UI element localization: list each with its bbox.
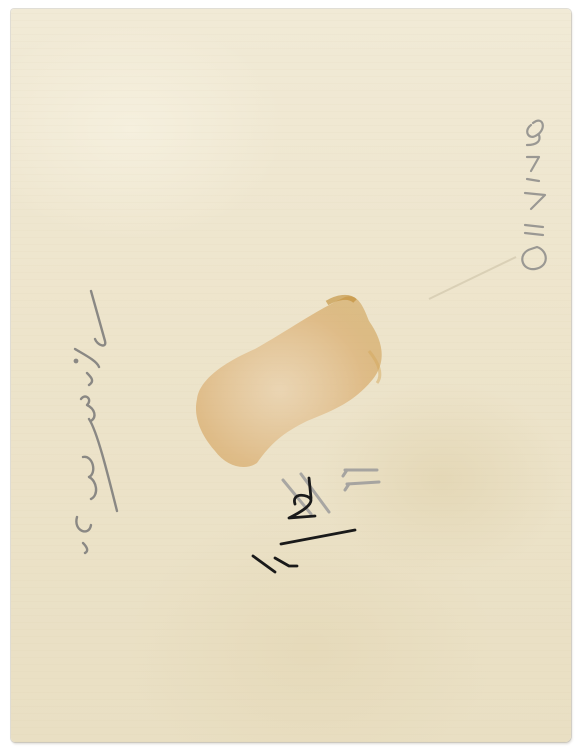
pencil-date-annotation [487,101,557,271]
photo-back-card [11,9,571,742]
ink-number-annotation [245,474,365,584]
pencil-signature [67,281,137,561]
brown-stain [187,291,393,471]
